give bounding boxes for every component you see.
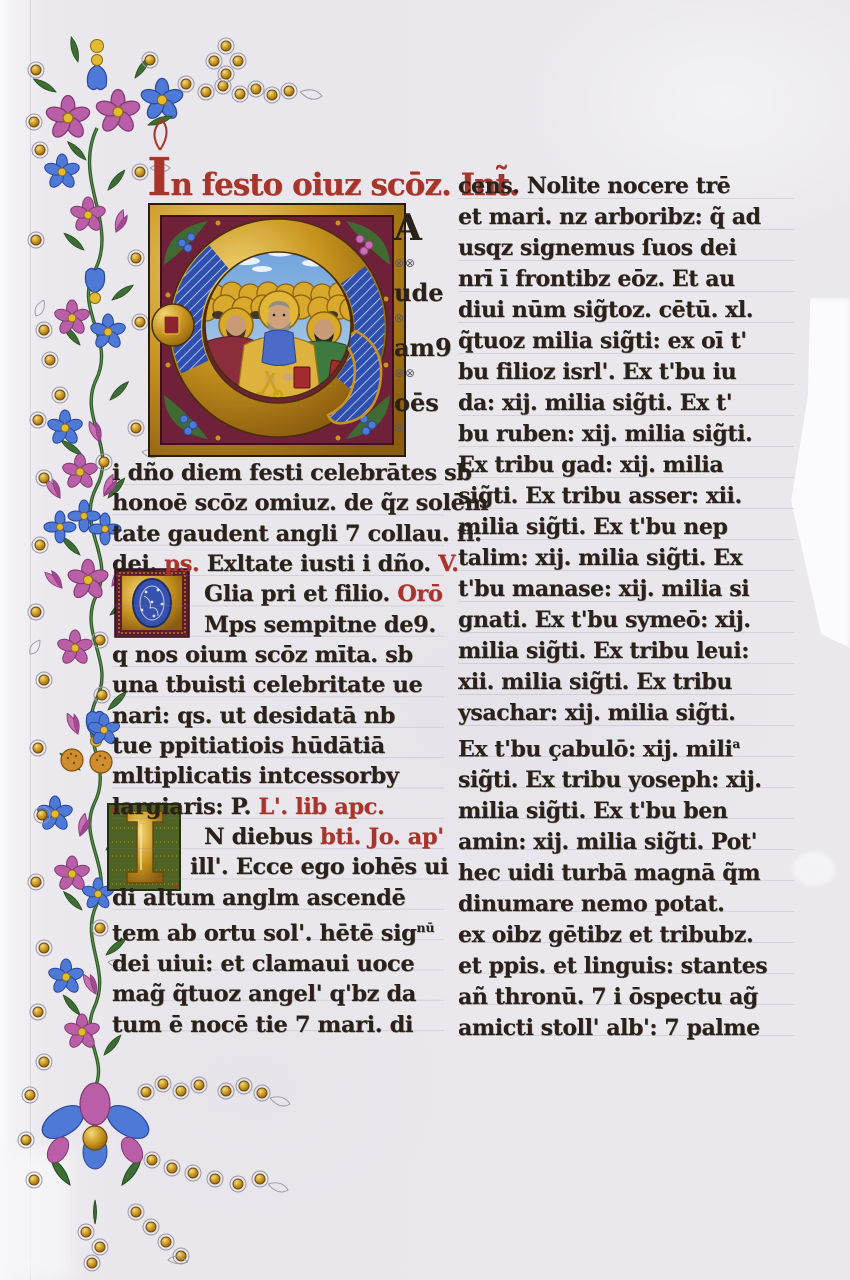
text-line: bu ruben: xij. milia sig̃ti. [458, 419, 794, 450]
body-text: ill'. Ecce ego iohēs ui [190, 854, 448, 880]
text-column-right: cens. Nolite nocere trēet mari. nz arbor… [458, 171, 794, 1043]
body-text: q nos oium scōz mīta. sb [112, 642, 413, 668]
text-line: bu filioz isrl'. Ex t'bu iu [458, 357, 794, 388]
text-line: sig̃ti. Ex tribu yoseph: xij. [458, 765, 794, 796]
body-text: Glia pri et filio. [204, 581, 397, 607]
text-line: di altum anglm ascendē [112, 883, 444, 913]
body-text: diui nūm sig̃toz. cētū. xl. [458, 297, 753, 323]
text-line: dei uiui: et clamaui uoce [112, 949, 444, 979]
text-line: ysachar: xij. milia sig̃ti. [458, 698, 794, 729]
body-text: mag̃ q̃tuoz angel' q'bz da [112, 981, 416, 1007]
body-text: dinumare nemo potat. [458, 891, 724, 917]
body-text: da: xij. milia sig̃ti. Ex t' [458, 390, 732, 416]
body-text: mltiplicatis intcessorby [112, 763, 399, 789]
body-text: nū [416, 920, 434, 935]
text-line: et mari. nz arboribz: q̃ ad [458, 202, 794, 233]
body-text: N diebus [204, 824, 320, 850]
text-line: t'bu manase: xij. milia si [458, 574, 794, 605]
text-line: Ex tribu gad: xij. milia [458, 450, 794, 481]
body-text: tue ppitiatiois hūdātiā [112, 733, 385, 759]
body-text: milia sig̃ti. Ex tribu leui: [458, 638, 749, 664]
text-line: tem ab ortu sol'. hētē signū [112, 913, 444, 949]
text-line: mag̃ q̃tuoz angel' q'bz da [112, 979, 444, 1009]
body-text: Ex tribu gad: xij. milia [458, 452, 723, 478]
text-line: da: xij. milia sig̃ti. Ex t' [458, 388, 794, 419]
text-line: amin: xij. milia sig̃ti. Pot' [458, 827, 794, 858]
text-line: milia sig̃ti. Ex t'bu nep [458, 512, 794, 543]
body-text: ysachar: xij. milia sig̃ti. [458, 700, 735, 726]
text-line: cens. Nolite nocere trē [458, 171, 794, 202]
text-line: Ex t'bu çabulō: xij. milia [458, 729, 794, 765]
text-line: milia sig̃ti. Ex tribu leui: [458, 636, 794, 667]
body-text: bu filioz isrl'. Ex t'bu iu [458, 359, 736, 385]
body-text: hec uidi turbā magnā q̃m [458, 860, 760, 886]
text-line: dinumare nemo potat. [458, 889, 794, 920]
body-text: añ thronū. 7 i ōspectu ag̃ [458, 984, 758, 1010]
rubric-text: ps. [164, 551, 206, 577]
body-text: a [732, 737, 740, 751]
body-text: cens. Nolite nocere trē [458, 173, 730, 199]
border-top-flower-cluster [32, 36, 185, 140]
body-text: dei uiui: et clamaui uoce [112, 951, 414, 977]
text-line: Glia pri et filio. Orō [112, 579, 444, 609]
body-text: bu ruben: xij. milia sig̃ti. [458, 421, 752, 447]
text-line: una tbuisti celebritate ue [112, 670, 444, 700]
body-text: xii. milia sig̃ti. Ex tribu [458, 669, 732, 695]
text-line: et ppis. et linguis: stantes [458, 951, 794, 982]
border-bottom-finial [37, 1083, 155, 1224]
text-line: milia sig̃ti. Ex t'bu ben [458, 796, 794, 827]
text-line: hec uidi turbā magnā q̃m [458, 858, 794, 889]
dropcap-text-fragment: ude [394, 276, 442, 310]
body-text: una tbuisti celebritate ue [112, 672, 422, 698]
body-text: tate gaudent angli 7 collau. fi. [112, 521, 482, 547]
historiated-initial-g-miniature [148, 203, 406, 457]
body-text: usqz signemus ſuos dei [458, 235, 736, 261]
text-line: honoē scōz omiuz. de q̃z solēm [112, 488, 444, 518]
dropcap-text-fragment: A [394, 203, 442, 255]
body-text: amicti stoll' alb': 7 palme [458, 1015, 760, 1041]
text-line: tum ē nocē tie 7 mari. di [112, 1010, 444, 1040]
rubric-text: Orō [397, 581, 442, 607]
rubric-text: bti. Jo. ap' [320, 824, 444, 850]
body-text: tum ē nocē tie 7 mari. di [112, 1012, 413, 1038]
body-text: tem ab ortu sol'. hētē sig [112, 921, 416, 947]
gaudeamus-fragment-column: A⊗⊗ude⊗am9⊗⊗oēs⊗ [394, 203, 442, 441]
body-text: et mari. nz arboribz: q̃ ad [458, 204, 761, 230]
text-line: largiaris: P. L'. lib apc. [112, 792, 444, 822]
body-text: milia sig̃ti. Ex t'bu ben [458, 798, 727, 824]
text-line: gnati. Ex t'bu symeō: xij. [458, 605, 794, 636]
body-text: talim: xij. milia sig̃ti. Ex [458, 545, 742, 571]
body-text: dei. [112, 551, 164, 577]
text-line: dei. ps. Exltate iusti i dño. V. [112, 549, 444, 579]
text-line: tate gaudent angli 7 collau. fi. [112, 519, 444, 549]
text-line: nari: qs. ut desidatā nb [112, 701, 444, 731]
body-text: sig̃ti. Ex tribu yoseph: xij. [458, 767, 762, 793]
text-line: tue ppitiatiois hūdātiā [112, 731, 444, 761]
text-line: N diebus bti. Jo. ap' [112, 822, 444, 852]
text-line: diui nūm sig̃toz. cētū. xl. [458, 295, 794, 326]
body-text: et ppis. et linguis: stantes [458, 953, 767, 979]
body-text: amin: xij. milia sig̃ti. Pot' [458, 829, 757, 855]
body-text: Exltate iusti i dño. [207, 551, 438, 577]
text-line: añ thronū. 7 i ōspectu ag̃ [458, 982, 794, 1013]
text-line: usqz signemus ſuos dei [458, 233, 794, 264]
body-text: i dño diem festi celebrātes sb [112, 460, 472, 486]
body-text: ex oibz gētibz et tribubz. [458, 922, 753, 948]
text-line: q nos oium scōz mīta. sb [112, 640, 444, 670]
rubric-text: V. [438, 551, 459, 577]
body-text: q̃tuoz milia sig̃ti: ex oī t' [458, 328, 747, 354]
body-text: sig̃ti. Ex tribu asser: xii. [458, 483, 742, 509]
line-filler-penwork: ⊗ [394, 310, 442, 331]
body-text: Ex t'bu çabulō: xij. mili [458, 736, 732, 762]
body-text: honoē scōz omiuz. de q̃z solēm [112, 490, 488, 516]
body-text: nari: qs. ut desidatā nb [112, 703, 395, 729]
body-text: Mps sempitne de9. [204, 612, 436, 638]
text-line: ex oibz gētibz et tribubz. [458, 920, 794, 951]
text-line: Mps sempitne de9. [112, 610, 444, 640]
body-text: largiaris: P. [112, 794, 258, 820]
text-column-left: i dño diem festi celebrātes sbhonoē scōz… [112, 458, 444, 1038]
text-line: amicti stoll' alb': 7 palme [458, 1013, 794, 1044]
dropcap-text-fragment: oēs [394, 386, 442, 420]
line-filler-penwork: ⊗⊗ [394, 365, 442, 386]
body-text: gnati. Ex t'bu symeō: xij. [458, 607, 751, 633]
body-text: milia sig̃ti. Ex t'bu nep [458, 514, 727, 540]
line-filler-penwork: ⊗ [394, 420, 442, 441]
dropcap-text-fragment: am9 [394, 331, 442, 365]
text-line: sig̃ti. Ex tribu asser: xii. [458, 481, 794, 512]
text-line: i dño diem festi celebrātes sb [112, 458, 444, 488]
text-line: xii. milia sig̃ti. Ex tribu [458, 667, 794, 698]
text-line: nrī ī frontibz eōz. Et au [458, 264, 794, 295]
text-line: q̃tuoz milia sig̃ti: ex oī t' [458, 326, 794, 357]
text-line: talim: xij. milia sig̃ti. Ex [458, 543, 794, 574]
body-text: nrī ī frontibz eōz. Et au [458, 266, 735, 292]
rubric-text: L'. lib apc. [258, 794, 384, 820]
body-text: t'bu manase: xij. milia si [458, 576, 749, 602]
body-text: di altum anglm ascendē [112, 885, 405, 911]
line-filler-penwork: ⊗⊗ [394, 255, 442, 276]
text-line: mltiplicatis intcessorby [112, 761, 444, 791]
text-line: ill'. Ecce ego iohēs ui [112, 852, 444, 882]
